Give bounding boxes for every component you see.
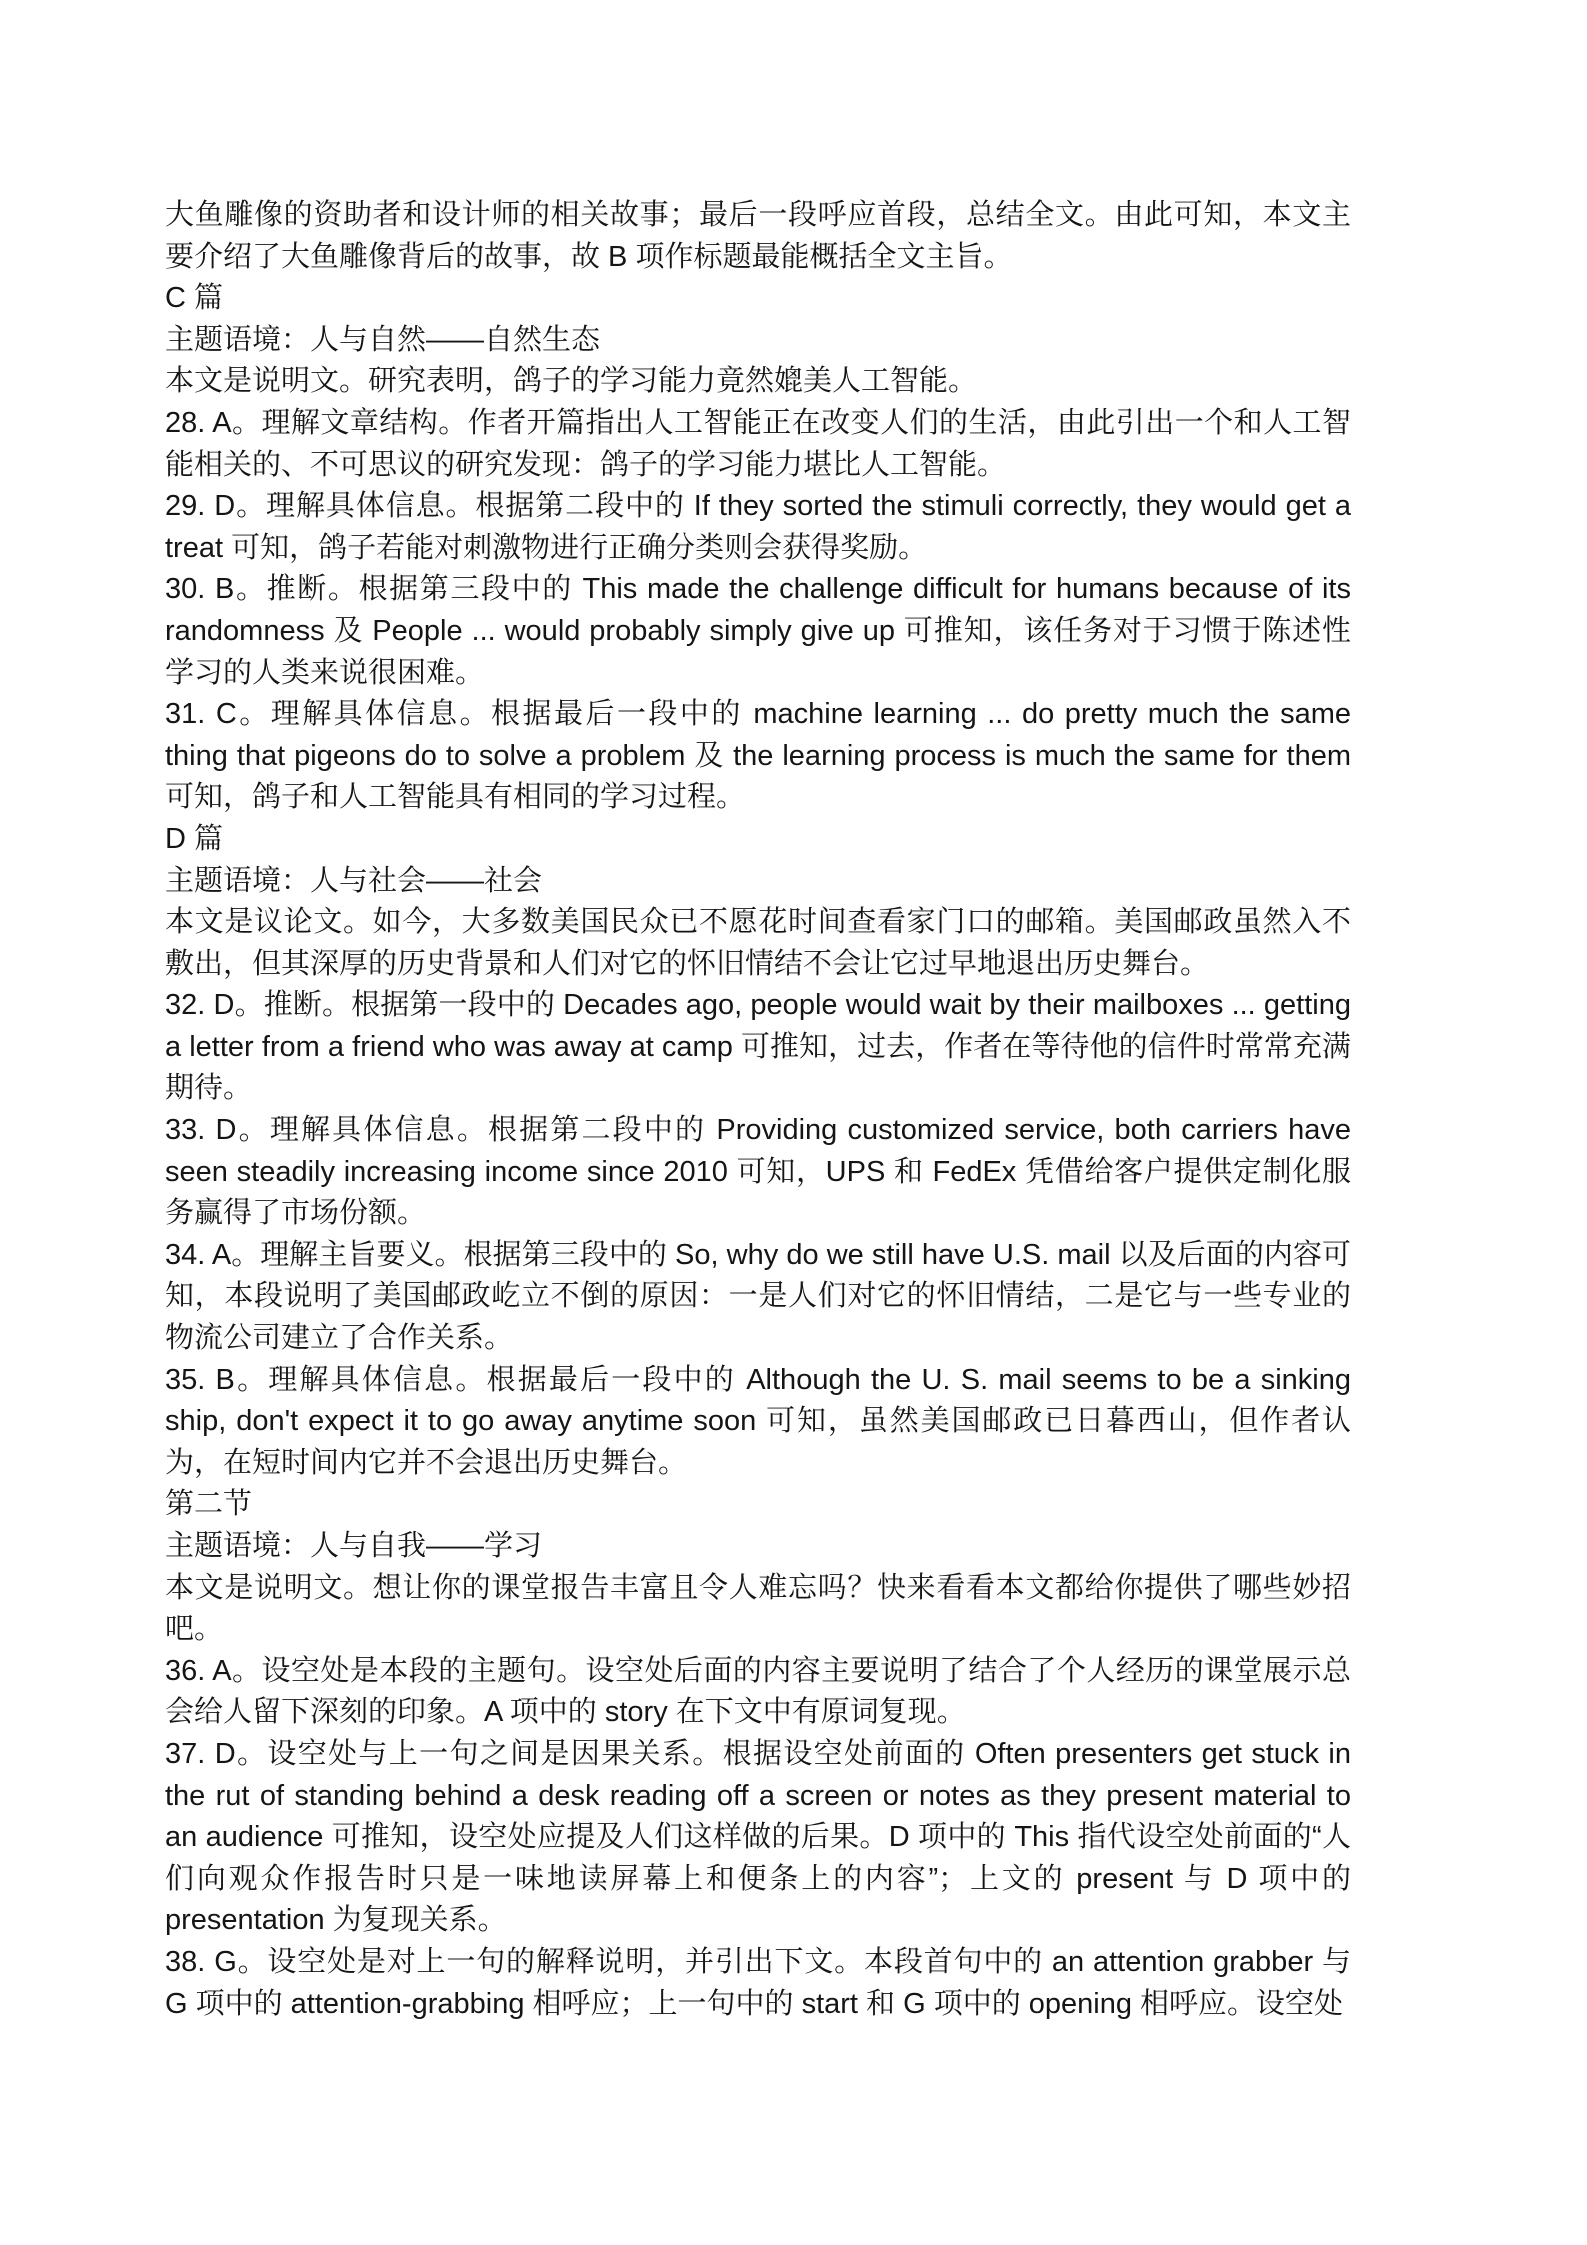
theme-context-part-2: 主题语境：人与自我——学习	[165, 1526, 1351, 1568]
answer-explanation-35: 35. B。理解具体信息。根据最后一段中的 Although the U. S.…	[165, 1360, 1351, 1485]
part-2-summary: 本文是说明文。想让你的课堂报告丰富且令人难忘吗？快来看看本文都给你提供了哪些妙招…	[165, 1568, 1351, 1651]
passage-d-summary: 本文是议论文。如今，大多数美国民众已不愿花时间查看家门口的邮箱。美国邮政虽然入不…	[165, 902, 1351, 985]
section-heading-passage-d: D 篇	[165, 819, 1351, 861]
answer-explanation-28: 28. A。理解文章结构。作者开篇指出人工智能正在改变人们的生活，由此引出一个和…	[165, 403, 1351, 486]
section-heading-passage-c: C 篇	[165, 278, 1351, 320]
answer-explanation-36: 36. A。设空处是本段的主题句。设空处后面的内容主要说明了结合了个人经历的课堂…	[165, 1651, 1351, 1734]
section-heading-part-2: 第二节	[165, 1484, 1351, 1526]
theme-context-passage-d: 主题语境：人与社会——社会	[165, 861, 1351, 903]
document-page: 大鱼雕像的资助者和设计师的相关故事；最后一段呼应首段，总结全文。由此可知，本文主…	[0, 0, 1587, 2245]
passage-c-summary: 本文是说明文。研究表明，鸽子的学习能力竟然媲美人工智能。	[165, 361, 1351, 403]
answer-explanation-32: 32. D。推断。根据第一段中的 Decades ago, people wou…	[165, 985, 1351, 1110]
answer-explanation-31: 31. C。理解具体信息。根据最后一段中的 machine learning .…	[165, 694, 1351, 819]
answer-explanation-38: 38. G。设空处是对上一句的解释说明，并引出下文。本段首句中的 an atte…	[165, 1942, 1351, 2025]
answer-explanation-30: 30. B。推断。根据第三段中的 This made the challenge…	[165, 569, 1351, 694]
answer-explanation-37: 37. D。设空处与上一句之间是因果关系。根据设空处前面的 Often pres…	[165, 1734, 1351, 1942]
answer-explanation-34: 34. A。理解主旨要义。根据第三段中的 So, why do we still…	[165, 1235, 1351, 1360]
answer-explanation-33: 33. D。理解具体信息。根据第二段中的 Providing customize…	[165, 1110, 1351, 1235]
answer-explanations-text-block: 大鱼雕像的资助者和设计师的相关故事；最后一段呼应首段，总结全文。由此可知，本文主…	[165, 195, 1351, 2025]
answer-explanation-29: 29. D。理解具体信息。根据第二段中的 If they sorted the …	[165, 486, 1351, 569]
theme-context-passage-c: 主题语境：人与自然——自然生态	[165, 320, 1351, 362]
paragraph-passage-b-explanation-continuation: 大鱼雕像的资助者和设计师的相关故事；最后一段呼应首段，总结全文。由此可知，本文主…	[165, 195, 1351, 278]
